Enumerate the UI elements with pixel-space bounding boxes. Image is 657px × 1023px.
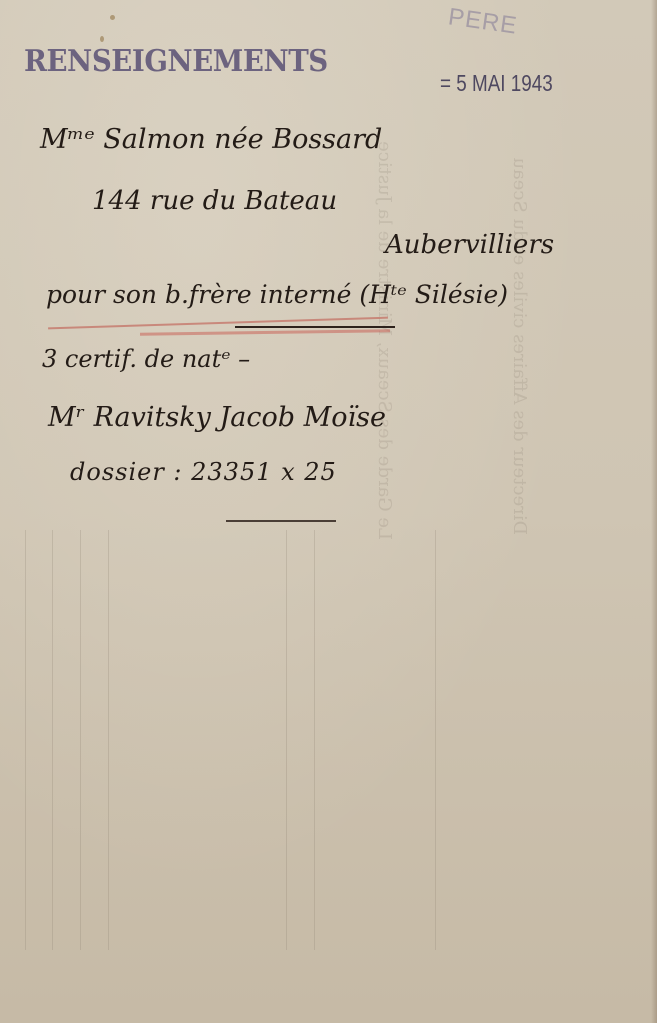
document-sheet: Directeur des Affaires civiles et du Sce… — [0, 0, 657, 1023]
handwritten-street-line: 144 rue du Bateau — [92, 186, 337, 216]
handwritten-name-line: Mᵐᵉ Salmon née Bossard — [40, 124, 382, 155]
rust-stain — [100, 36, 104, 42]
handwritten-certificates-line: 3 certif. de natᵉ – — [42, 345, 250, 373]
handwritten-subject-name-line: Mʳ Ravitsky Jacob Moïse — [48, 402, 386, 433]
red-pencil-underline — [140, 329, 390, 335]
reverse-side-bleed-text: Le Garde des Sceaux, Ministre de la Just… — [374, 141, 395, 540]
handwritten-city-line: Aubervilliers — [385, 230, 554, 260]
renseignements-stamp: RENSEIGNEMENTS — [24, 44, 328, 79]
date-stamp: = 5 MAI 1943 — [440, 70, 553, 97]
rust-stain — [110, 15, 115, 20]
handwritten-dossier-line: dossier : 23351 x 25 — [70, 458, 337, 486]
ink-underline — [235, 326, 395, 328]
department-stamp: PERE — [446, 3, 519, 40]
separator-rule — [226, 520, 336, 522]
handwritten-purpose-line: pour son b.frère interné (Hᵗᵉ Silésie) — [46, 280, 508, 309]
reverse-side-bleed-text: Directeur des Affaires civiles et du Sce… — [509, 157, 530, 535]
